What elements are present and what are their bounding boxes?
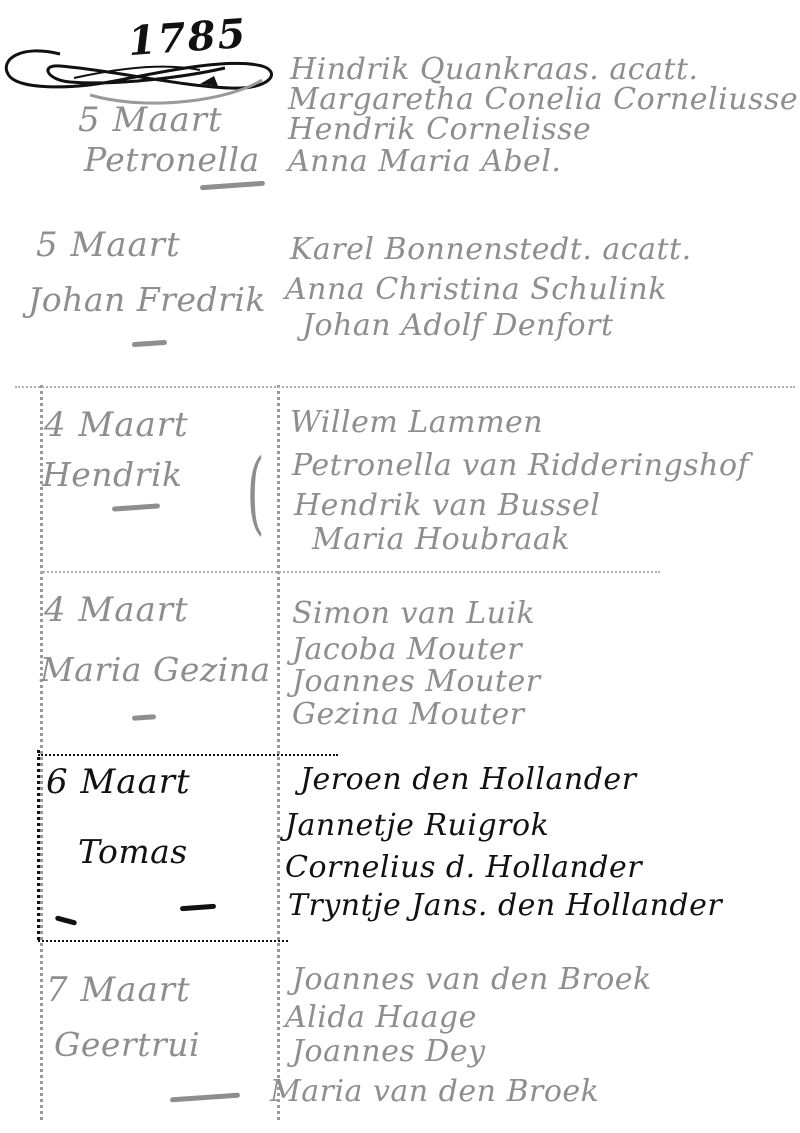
entry-date: 5 Maart [36, 225, 181, 265]
entry-child-name: Hendrik [42, 455, 183, 494]
entry-date: 7 Maart [46, 970, 191, 1010]
entry-person: Willem Lammen [290, 405, 543, 440]
row-divider [38, 754, 338, 756]
entry-person: Maria Houbraak [312, 522, 570, 557]
entry-person: Joannes van den Broek [292, 962, 652, 997]
row-divider [38, 940, 288, 942]
left-margin-rule [40, 385, 43, 1120]
entry-person: Johan Adolf Denfort [302, 308, 614, 343]
entry-person: Anna Maria Abel. [288, 144, 561, 179]
register-page: 1785 5 Maart Petronella Hindrik Quankraa… [0, 0, 800, 1133]
entry-person: Petronella van Ridderingshof [292, 448, 749, 483]
column-divider-rule [277, 385, 280, 1120]
entry-dash [132, 340, 167, 347]
entry-person: Jacoba Mouter [292, 632, 522, 667]
entry-child-name: Johan Fredrik [28, 280, 266, 319]
entry-person: Alida Haage [285, 1000, 477, 1035]
entry-person: Cornelius d. Hollander [285, 850, 642, 885]
entry-dash [112, 503, 160, 511]
entry-person: Hendrik van Bussel [294, 488, 600, 523]
entry-date: 6 Maart [46, 762, 191, 802]
highlight-left-rule [37, 750, 40, 940]
entry-dash [132, 714, 156, 721]
entry-person: Maria van den Broek [270, 1074, 599, 1109]
entry-dash [200, 181, 265, 191]
entry-dash [180, 904, 216, 911]
entry-person: Joannes Dey [292, 1034, 486, 1069]
entry-dash [170, 1093, 240, 1103]
entry-date: 4 Maart [44, 405, 189, 445]
entry-person: Joannes Mouter [292, 664, 541, 699]
entry-person: Simon van Luik [292, 596, 535, 631]
entry-person: Jannetje Ruigrok [285, 808, 549, 843]
row-divider [15, 386, 795, 388]
entry-person: Jeroen den Hollander [300, 762, 637, 797]
entry-brace: ( [247, 440, 265, 545]
entry-child-name: Petronella [84, 140, 260, 179]
entry-child-name: Geertrui [54, 1025, 200, 1064]
entry-person: Anna Christina Schulink [285, 272, 667, 307]
entry-person: Karel Bonnenstedt. acatt. [290, 232, 692, 267]
entry-date: 5 Maart [78, 100, 223, 140]
row-divider [40, 571, 660, 573]
entry-person: Tryntje Jans. den Hollander [288, 888, 722, 923]
entry-dash [55, 915, 78, 926]
entry-person: Gezina Mouter [292, 697, 525, 732]
entry-child-name: Tomas [78, 832, 188, 871]
entry-child-name: Maria Gezina [40, 650, 271, 689]
entry-date: 4 Maart [44, 590, 189, 630]
register-year: 1785 [127, 10, 249, 65]
entry-person: Hendrik Cornelisse [288, 112, 591, 147]
